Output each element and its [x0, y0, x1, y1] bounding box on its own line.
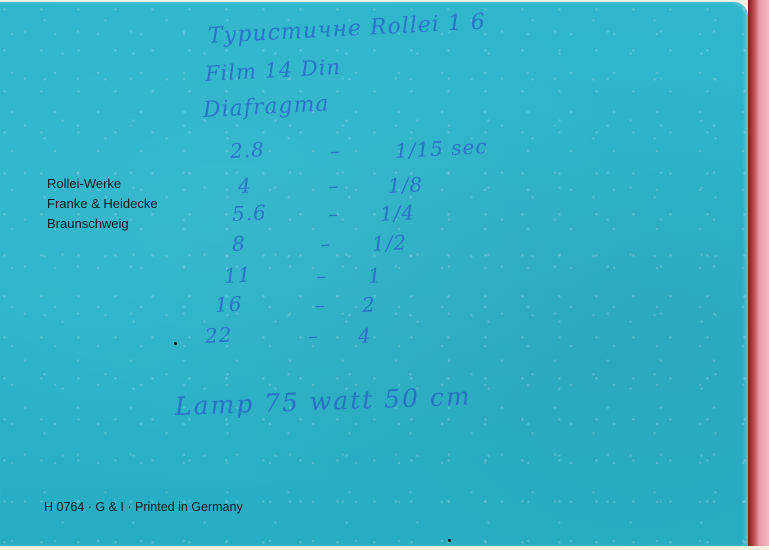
exposure-speed: 1/4	[379, 200, 415, 226]
exposure-aperture: 2.8	[229, 137, 265, 163]
exposure-aperture: 8	[231, 231, 246, 256]
imprint-line-owners: Franke & Heidecke	[47, 194, 158, 214]
exposure-aperture: 11	[223, 263, 252, 288]
booklet-cover: Rollei-Werke Franke & Heidecke Braunschw…	[0, 2, 748, 547]
exposure-speed: 1/2	[371, 230, 407, 256]
imprint-line-city: Braunschweig	[47, 214, 158, 234]
exposure-aperture: 4	[237, 173, 252, 198]
exposure-dash: –	[314, 292, 326, 317]
page-bottom-edge	[0, 546, 769, 550]
exposure-aperture: 22	[204, 323, 233, 348]
imprint-line-company: Rollei-Werke	[47, 174, 158, 194]
exposure-speed: 4	[357, 323, 372, 348]
exposure-aperture: 16	[214, 292, 243, 317]
exposure-aperture: 5.6	[231, 200, 267, 226]
exposure-dash: –	[307, 323, 319, 348]
exposure-speed: 1/15 sec	[394, 134, 488, 163]
ink-dot	[448, 539, 451, 542]
exposure-dash: –	[319, 231, 331, 256]
print-footer: H 0764 · G & I · Printed in Germany	[44, 500, 243, 514]
exposure-speed: 2	[361, 292, 376, 317]
exposure-dash: –	[327, 173, 339, 198]
publisher-imprint: Rollei-Werke Franke & Heidecke Braunschw…	[47, 174, 158, 234]
exposure-speed: 1/8	[387, 172, 423, 198]
ink-dot	[174, 342, 177, 345]
exposure-speed: 1	[367, 263, 382, 288]
exposure-dash: –	[329, 138, 341, 163]
exposure-dash: –	[315, 263, 327, 288]
exposure-dash: –	[327, 201, 339, 226]
page-edge	[748, 0, 769, 550]
